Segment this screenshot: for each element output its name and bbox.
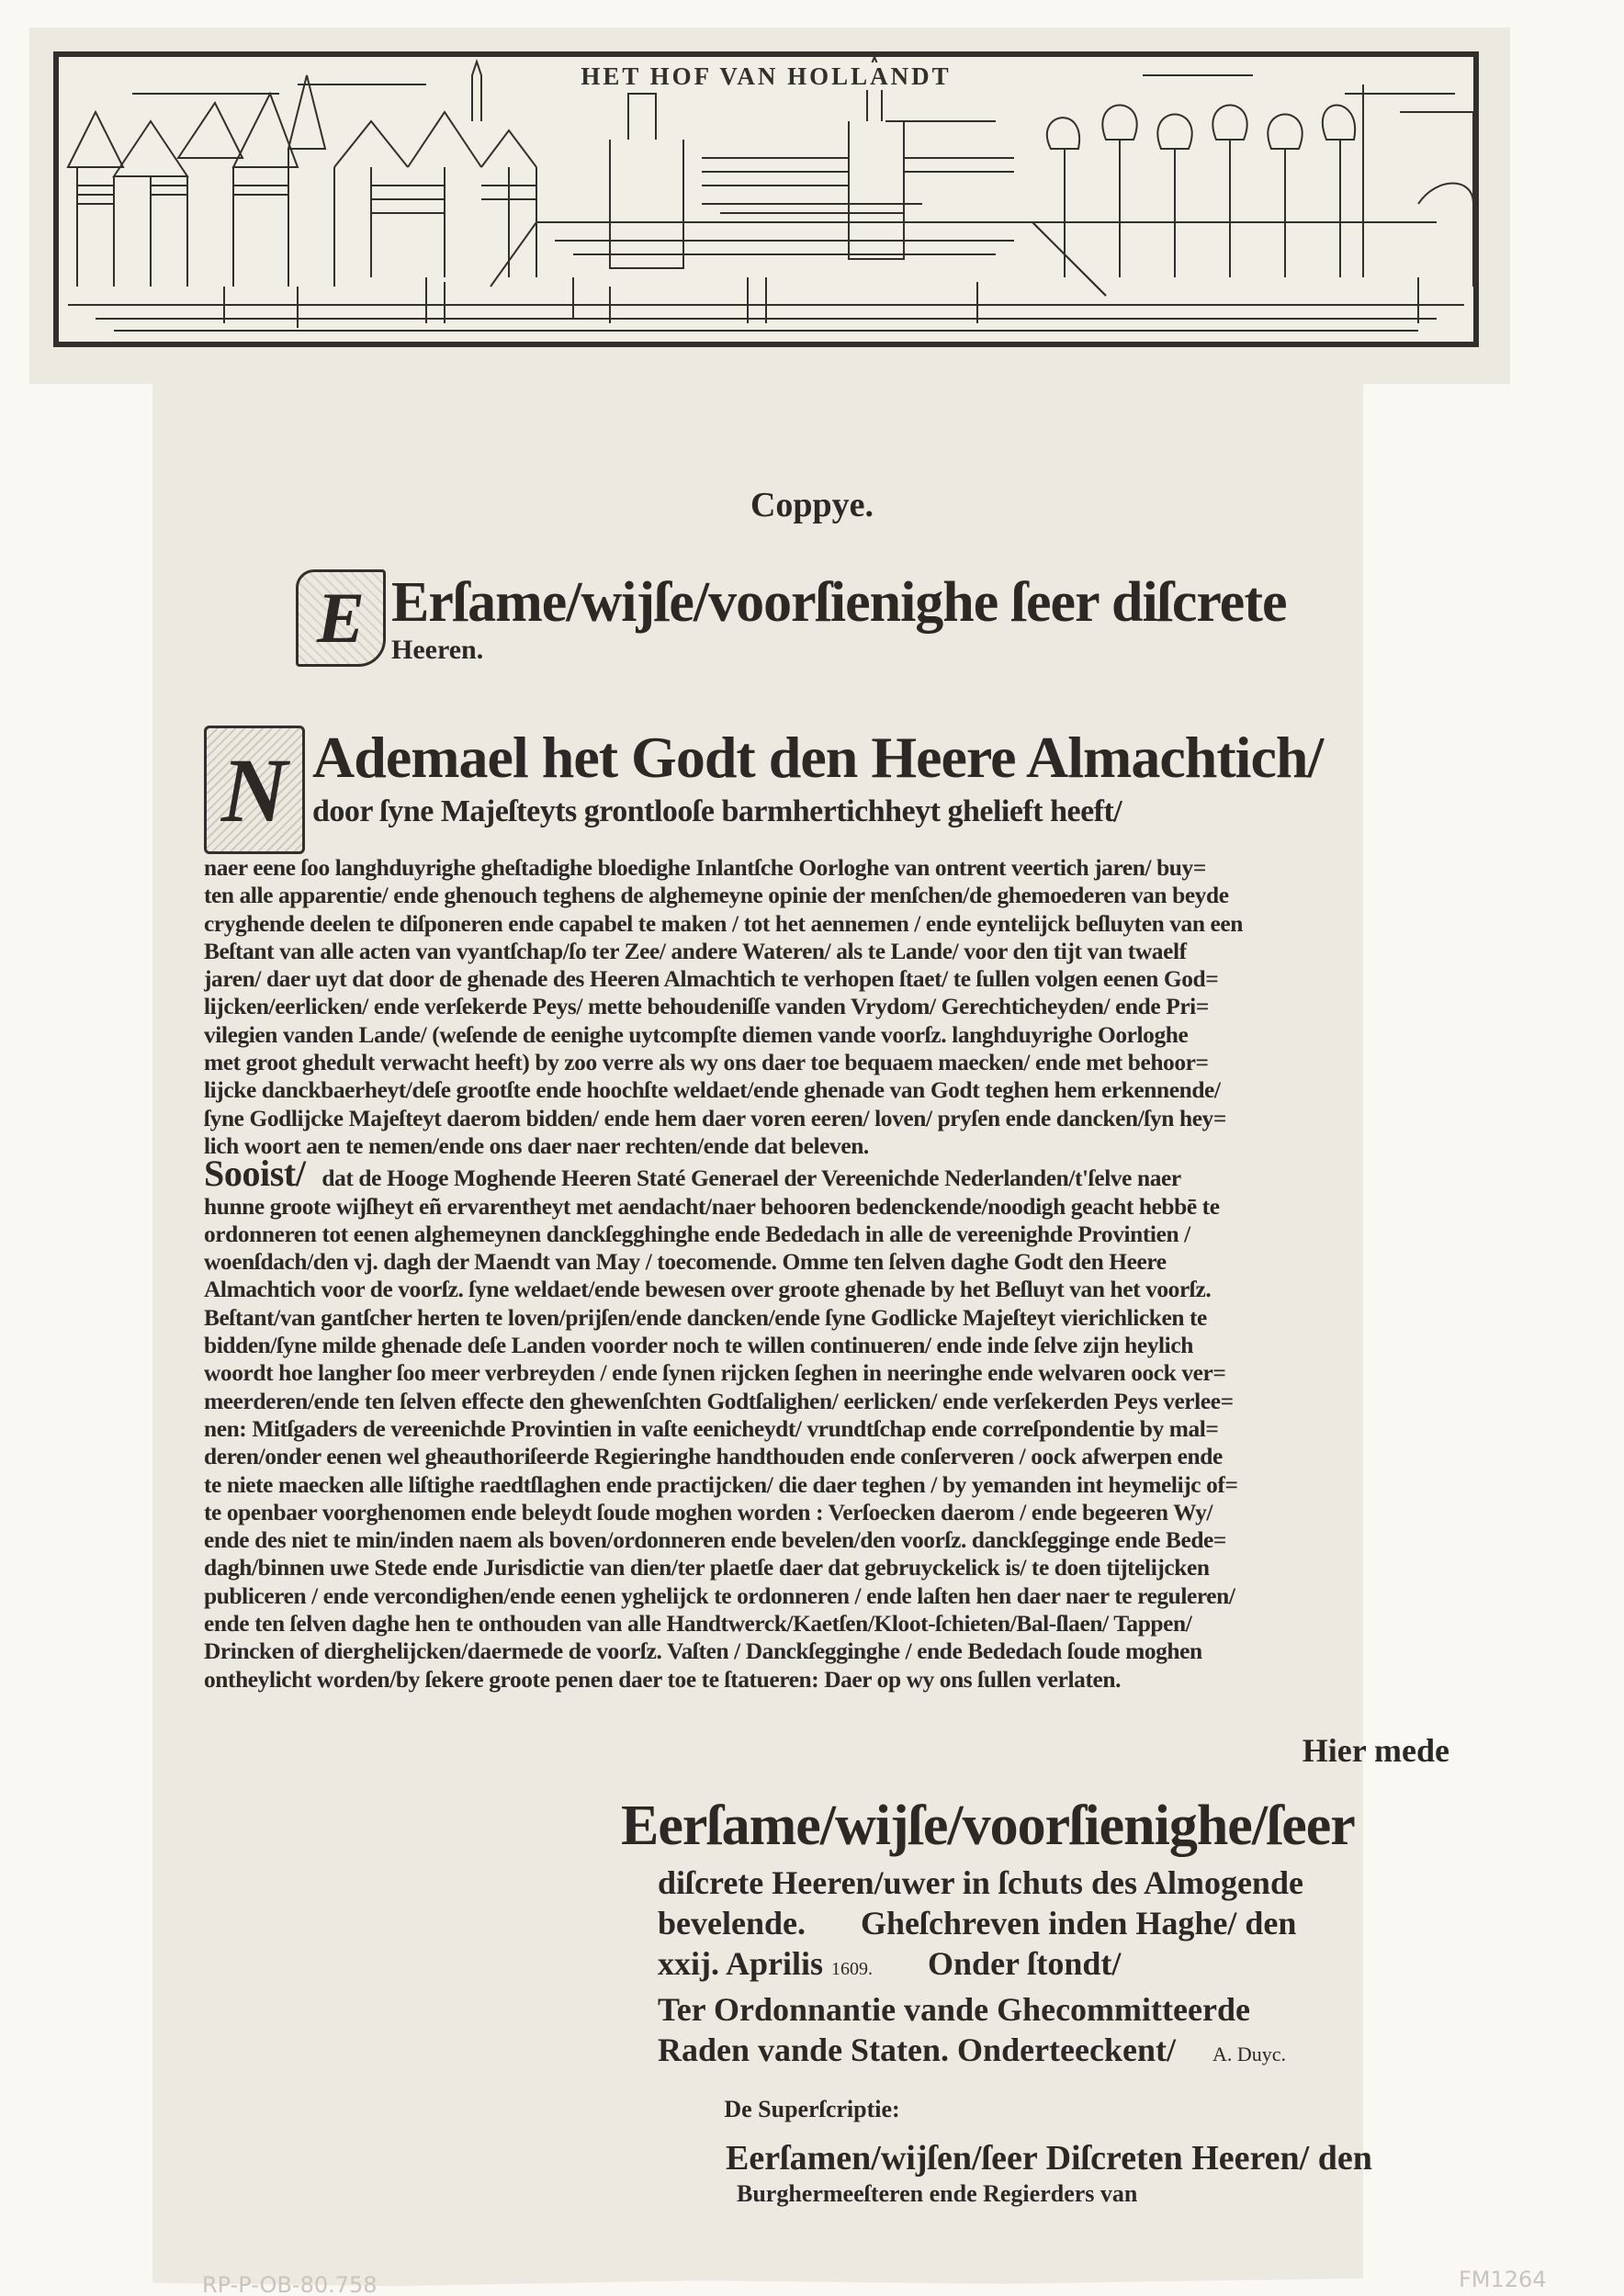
text-line: jaren/ daer uyt dat door de ghenade des …: [204, 965, 1435, 993]
salutation: E Erſame/wijſe/voorſienighe ſeer diſcret…: [296, 569, 1435, 667]
text-line: dagh/binnen uwe Stede ende Jurisdictie v…: [204, 1554, 1435, 1581]
closing-line-4: Ter Ordonnantie vande Ghecommitteerde: [621, 1989, 1466, 2030]
signature: A. Duyc.: [1212, 2043, 1286, 2065]
text-line: dat de Hooge Moghende Heeren Staté Gener…: [321, 1165, 1180, 1191]
text-line: lich woort aen te nemen/ende ons daer na…: [204, 1132, 1435, 1160]
opening-sentence: N Ademael het Godt den Heere Almachtich/…: [204, 726, 1435, 854]
text-line: cryghende deelen te diſponeren ende capa…: [204, 910, 1435, 938]
closing-line-5: Raden vande Staten. Onderteeckent/A. Duy…: [621, 2030, 1466, 2075]
text-line: publiceren / ende vercondighen/ende eene…: [204, 1582, 1435, 1610]
text-line: woenſdach/den vj. dagh der Maendt van Ma…: [204, 1248, 1435, 1276]
closing-line-1: diſcrete Heeren/uwer in ſchuts des Almog…: [621, 1863, 1466, 1903]
opening-line-1: Ademael het Godt den Heere Almachtich/: [312, 726, 1323, 790]
closing-date: xxij. Aprilis: [658, 1945, 823, 1982]
cityscape-illustration: [59, 57, 1473, 342]
text-line: ende des niet te min/inden naem als bove…: [204, 1526, 1435, 1554]
inventory-number-annotation: RP-P-OB-80.758: [202, 2272, 378, 2296]
woodcut-title: HET HOF VAN HOLLANDT: [571, 62, 960, 90]
text-line: lijcken/eerlicken/ ende verſekerde Peys/…: [204, 993, 1435, 1020]
text-line: ontheylicht worden/by ſekere groote pene…: [204, 1666, 1435, 1694]
text-line: Beſtant van alle acten van vyantſchap/ſo…: [204, 938, 1435, 965]
text-line: ende ten ſelven daghe hen te onthouden v…: [204, 1610, 1435, 1638]
text-line: te openbaer voorghenomen ende beleydt ſo…: [204, 1499, 1435, 1526]
text-line: Almachtich voor de voorſz. ſyne weldaet/…: [204, 1276, 1435, 1303]
text-line: deren/onder eenen wel gheauthoriſeerde R…: [204, 1443, 1435, 1470]
letter-body: N Ademael het Godt den Heere Almachtich/…: [204, 726, 1435, 1694]
text-line: met groot ghedult verwacht heeft) by zoo…: [204, 1049, 1435, 1076]
salutation-line-2: Heeren.: [296, 636, 1435, 665]
closing-hier-mede: Hier mede: [621, 1730, 1466, 1771]
paragraph-1: naer eene ſoo langhduyrighe gheſtadighe …: [204, 854, 1435, 1160]
ornamental-initial-e: E: [296, 569, 386, 667]
text-line: woordt hoe langher ſoo meer verbreyden /…: [204, 1359, 1435, 1387]
text-line: ordonneren tot eenen alghemeynen danckſe…: [204, 1221, 1435, 1248]
text-line: naer eene ſoo langhduyrighe gheſtadighe …: [204, 854, 1435, 882]
address-line-2: Burghermeeſteren ende Regierders van: [737, 2178, 1372, 2210]
closing-block: Hier mede Eerſame/wijſe/voorſienighe/ſee…: [621, 1730, 1466, 2075]
text-line: hunne groote wijſheyt eñ ervarentheyt me…: [204, 1193, 1435, 1221]
text-line: vilegien vanden Lande/ (weſende de eenig…: [204, 1021, 1435, 1049]
text-line: lijcke danckbaerheyt/deſe grootſte ende …: [204, 1076, 1435, 1104]
opening-line-2: door ſyne Majeſteyts grontlooſe barmhert…: [312, 790, 1323, 834]
text-line: ten alle apparentie/ ende ghenouch teghe…: [204, 882, 1435, 909]
text-line: Beſtant/van gantſcher herten te loven/pr…: [204, 1304, 1435, 1332]
salutation-line-1: Erſame/wijſe/voorſienighe ſeer diſcrete: [296, 569, 1435, 636]
text-line: meerderen/ende ten ſelven effecte den gh…: [204, 1388, 1435, 1415]
ornamental-initial-n: N: [204, 726, 305, 854]
address-line-1: Eerſamen/wijſen/ſeer Diſcreten Heeren/ d…: [726, 2138, 1372, 2178]
superscription-address: Eerſamen/wijſen/ſeer Diſcreten Heeren/ d…: [726, 2138, 1372, 2210]
text-line: bidden/ſyne milde ghenade deſe Landen vo…: [204, 1332, 1435, 1359]
woodcut-illustration: HET HOF VAN HOLLANDT: [53, 51, 1479, 347]
paragraph-lead: Sooist/: [204, 1160, 306, 1192]
closing-salutation: Eerſame/wijſe/voorſienighe/ſeer: [621, 1789, 1466, 1863]
document-heading: Coppye.: [0, 485, 1624, 525]
closing-line-2: bevelende.Gheſchreven inden Haghe/ den: [621, 1903, 1466, 1943]
text-line: nen: Mitſgaders de vereenichde Provintie…: [204, 1415, 1435, 1443]
text-line: Drincken of dierghelijcken/daermede de v…: [204, 1638, 1435, 1665]
catalogue-annotation: FM1264: [1459, 2267, 1547, 2292]
paragraph-2: Sooist/ dat de Hooge Moghende Heeren Sta…: [204, 1160, 1435, 1694]
closing-year: 1609.: [831, 1959, 873, 1979]
superscription-label: De Superſcriptie:: [0, 2096, 1624, 2123]
text-line: ſyne Godlijcke Majeſteyt daerom bidden/ …: [204, 1105, 1435, 1132]
text-line: te niete maecken alle liſtighe raedtſlag…: [204, 1471, 1435, 1499]
closing-line-3: xxij. Aprilis 1609.Onder ſtondt/: [621, 1943, 1466, 1989]
